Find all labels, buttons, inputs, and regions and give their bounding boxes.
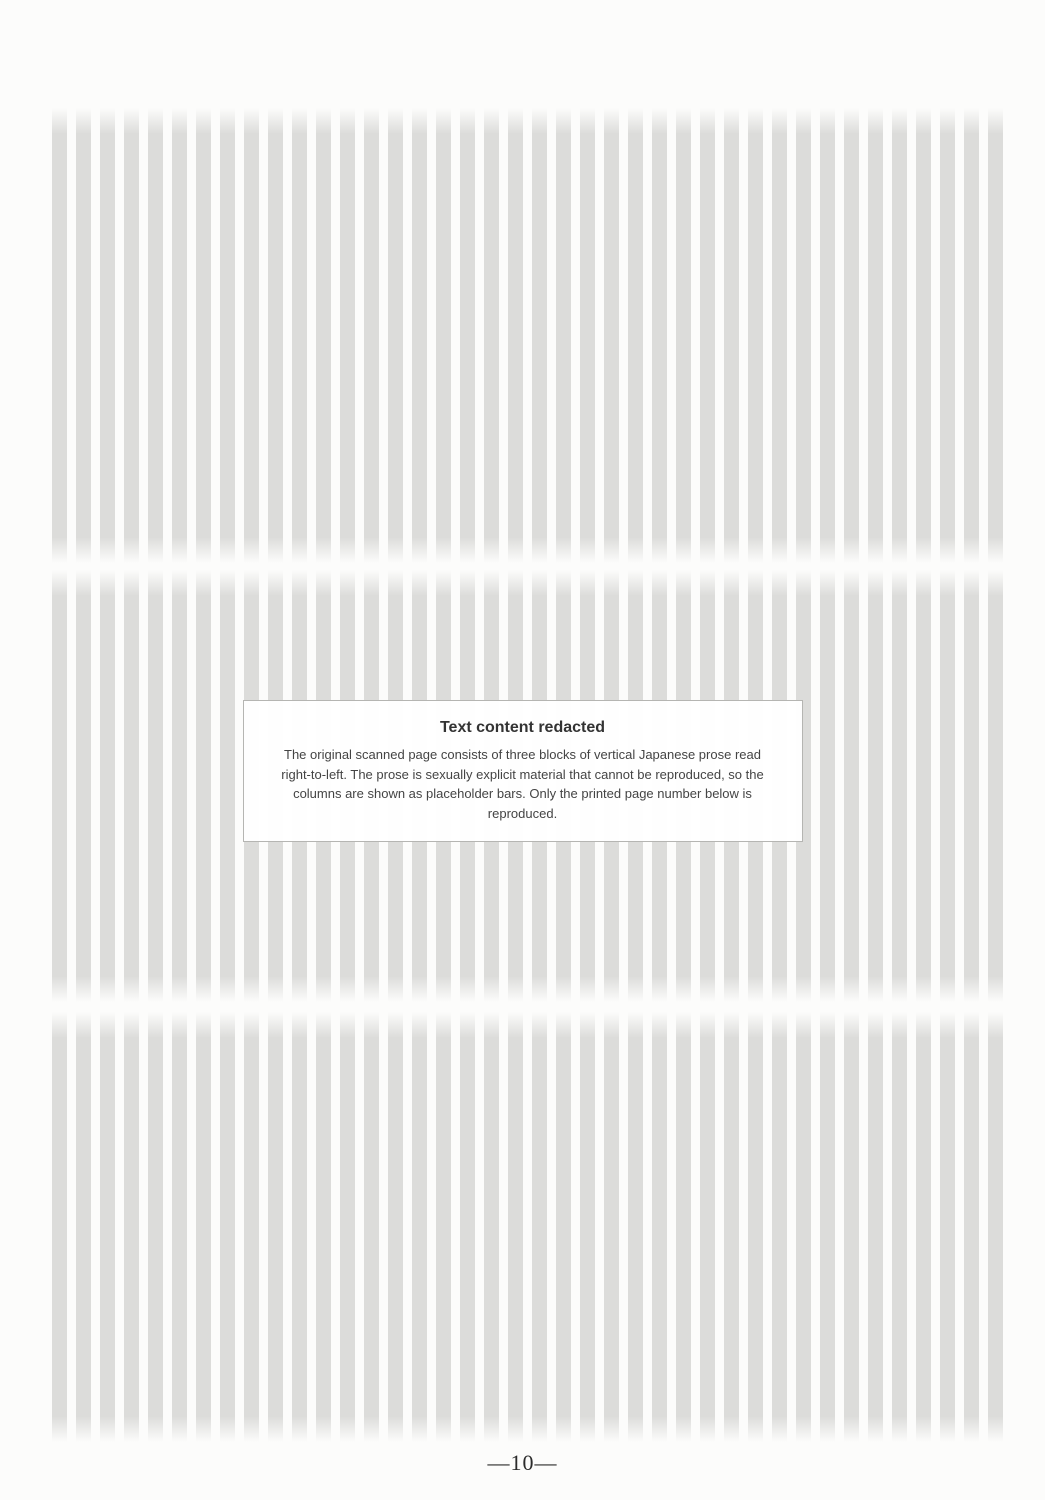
redaction-notice: Text content redacted The original scann… xyxy=(243,700,803,842)
redaction-notice-title: Text content redacted xyxy=(268,719,778,737)
scanned-document-page: Text content redacted The original scann… xyxy=(0,0,1045,1500)
vertical-text-block-bottom xyxy=(45,1012,1003,1442)
vertical-text-block-top xyxy=(45,108,1003,563)
page-number: —10— xyxy=(0,1450,1045,1476)
redaction-notice-body: The original scanned page consists of th… xyxy=(268,745,778,823)
